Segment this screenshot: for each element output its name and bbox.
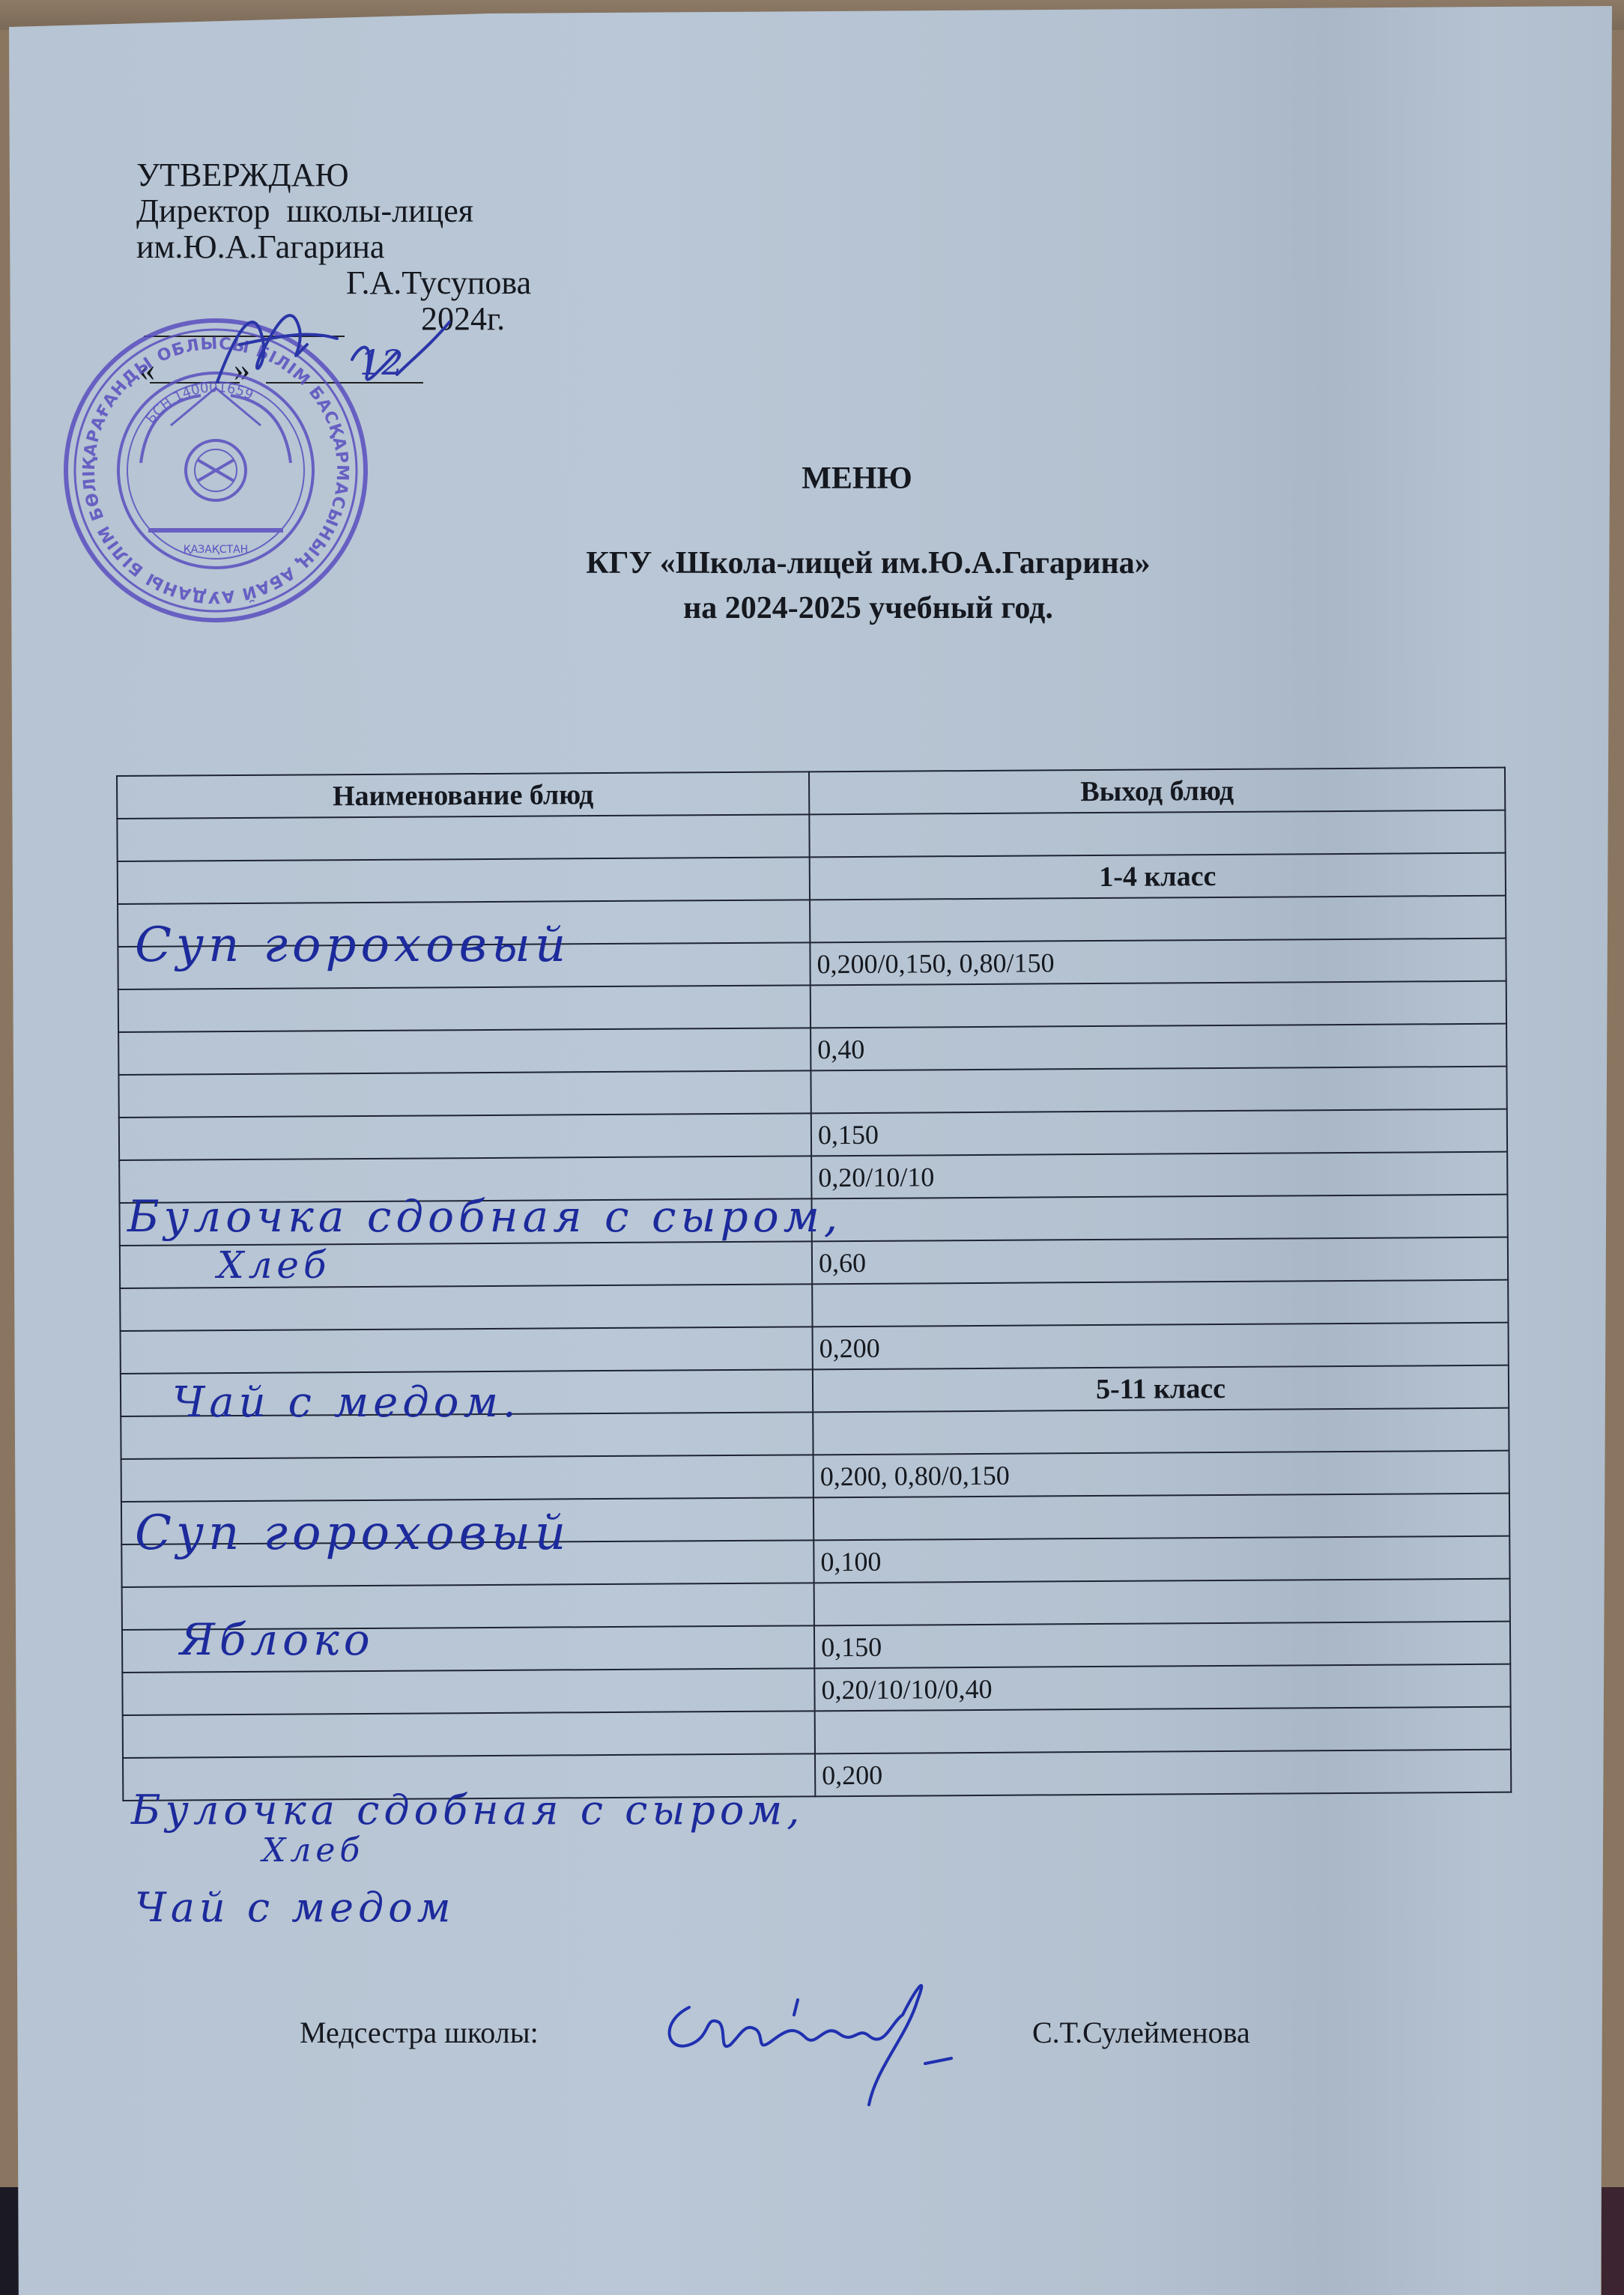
- dish-name-cell: [118, 985, 811, 1032]
- director-signature-icon: 12: [172, 292, 457, 412]
- dish-name-cell: [118, 1028, 811, 1075]
- approval-heading: УТВЕРЖДАЮ: [136, 157, 531, 193]
- nurse-label: Медсестра школы:: [300, 2015, 539, 2050]
- handwritten-dish-name: Чай с медом: [135, 1884, 455, 1931]
- dish-name-cell: [122, 1668, 814, 1715]
- portion-cell: 0,150: [814, 1622, 1510, 1669]
- handwritten-dish-name: Хлеб: [217, 1243, 331, 1287]
- dish-name-cell: [120, 1284, 812, 1331]
- dish-name-cell: [121, 1327, 813, 1374]
- handwritten-dish-name: Булочка сдобная с сыром,: [131, 1786, 804, 1834]
- portion-cell: 0,200: [813, 1323, 1509, 1370]
- dish-name-cell: [123, 1711, 815, 1758]
- organization-name: КГУ «Школа-лицей им.Ю.А.Гагарина»: [56, 545, 1624, 581]
- dish-name-cell: [117, 814, 809, 861]
- portion-cell: 0,200: [815, 1750, 1511, 1797]
- handwritten-dish-name: Суп гороховый: [135, 918, 570, 973]
- portion-cell: [811, 1195, 1507, 1242]
- header-portion: Выход блюд: [809, 768, 1505, 815]
- photo-background-bottom-right: [1602, 2187, 1624, 2295]
- dish-name-cell: [119, 1113, 811, 1160]
- handwritten-dish-name: Чай с медом.: [172, 1378, 521, 1427]
- class-group-label: 1-4 класс: [810, 853, 1506, 900]
- class-group-label: 5-11 класс: [813, 1365, 1509, 1413]
- portion-cell: [810, 896, 1506, 943]
- portion-cell: [813, 1494, 1509, 1541]
- dish-name-cell: [118, 857, 810, 904]
- portion-cell: [812, 1280, 1508, 1327]
- dish-name-cell: [121, 1455, 813, 1502]
- handwritten-dish-name: Булочка сдобная с сыром,: [127, 1191, 842, 1242]
- document-title: МЕНЮ: [45, 461, 1624, 497]
- dish-name-cell: [118, 1070, 811, 1118]
- date-day-handwritten: 12: [360, 342, 404, 383]
- header-dish-name: Наименование блюд: [117, 771, 809, 819]
- portion-cell: 0,200/0,150, 0,80/150: [810, 939, 1506, 986]
- portion-cell: 0,40: [811, 1024, 1506, 1071]
- portion-cell: 0,60: [812, 1237, 1508, 1285]
- portion-cell: [813, 1408, 1509, 1455]
- nurse-name: С.Т.Сулейменова: [1032, 2015, 1250, 2050]
- portion-cell: [811, 981, 1506, 1028]
- portion-cell: 0,20/10/10: [811, 1152, 1507, 1199]
- portion-cell: [815, 1707, 1511, 1754]
- academic-year: на 2024-2025 учебный год.: [56, 590, 1624, 626]
- portion-cell: 0,200, 0,80/0,150: [813, 1451, 1509, 1498]
- approval-position-line2: им.Ю.А.Гагарина: [136, 229, 531, 265]
- portion-cell: 0,150: [811, 1109, 1507, 1156]
- nurse-signature-icon: [644, 1962, 996, 2112]
- portion-cell: [814, 1579, 1510, 1626]
- portion-cell: [811, 1067, 1506, 1114]
- handwritten-dish-name: Яблоко: [180, 1614, 375, 1665]
- handwritten-dish-name: Суп гороховый: [135, 1506, 570, 1561]
- portion-cell: 0,20/10/10/0,40: [814, 1664, 1510, 1712]
- portion-cell: [809, 810, 1505, 858]
- handwritten-dish-name: Хлеб: [262, 1831, 364, 1870]
- portion-cell: 0,100: [813, 1536, 1509, 1583]
- approval-position-line1: Директор школы-лицея: [136, 193, 531, 229]
